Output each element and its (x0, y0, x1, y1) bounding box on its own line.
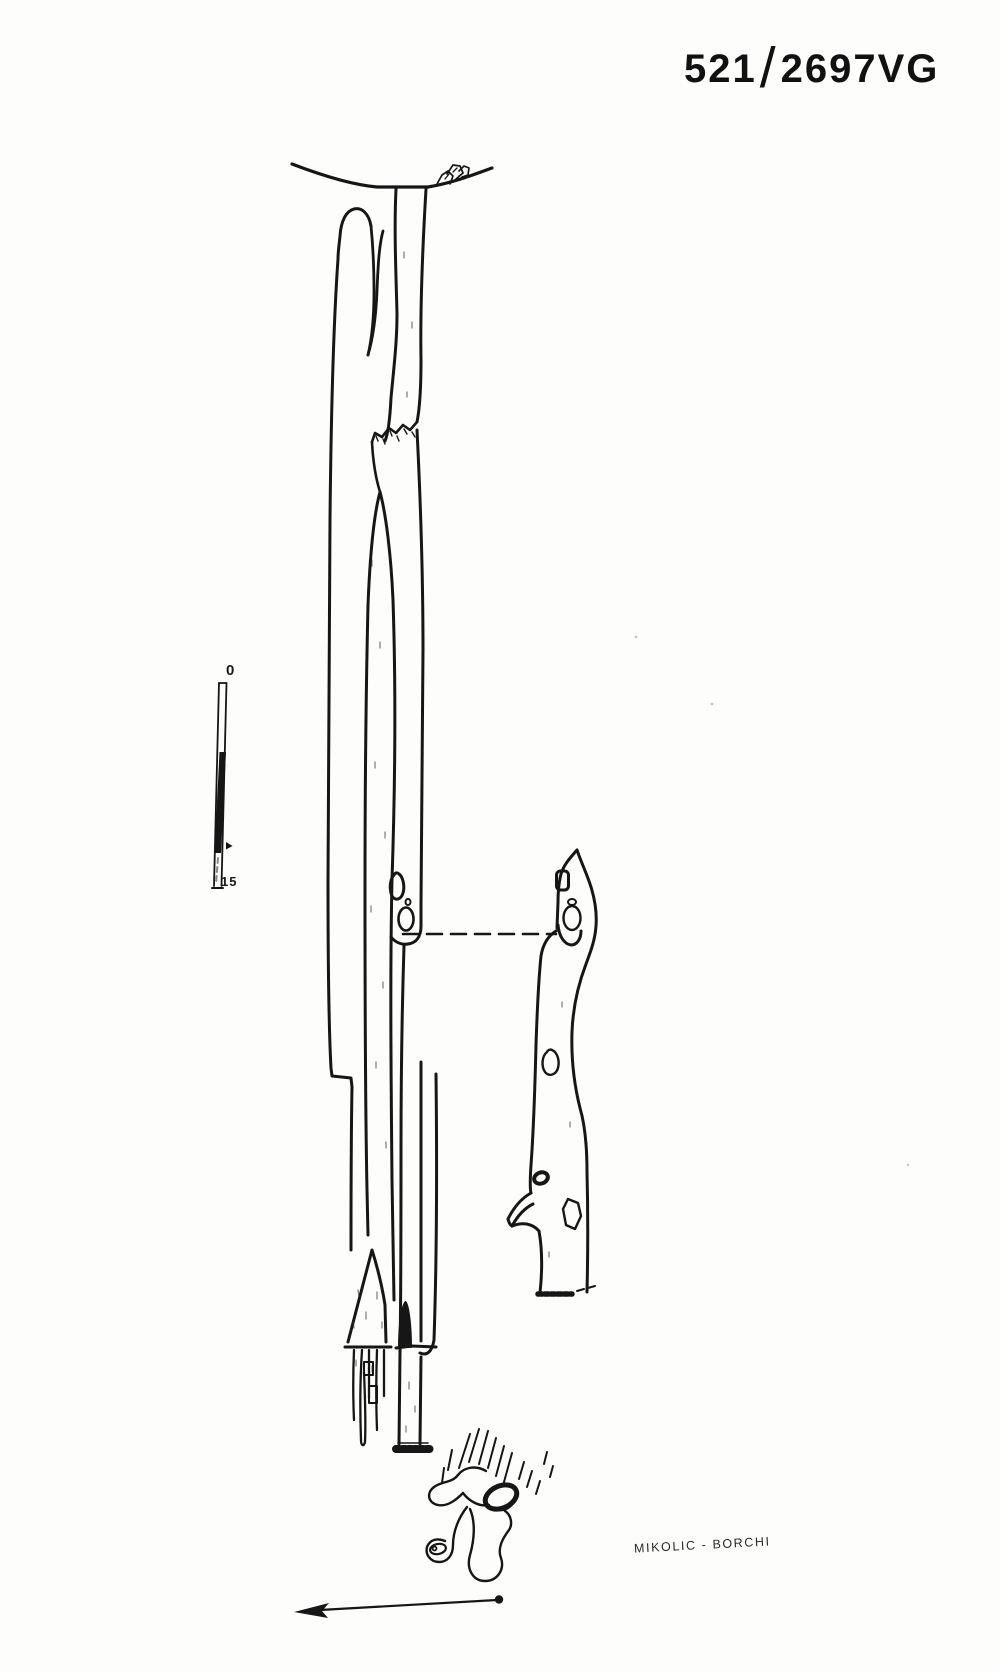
beak-protrusion (508, 1193, 542, 1293)
catalog-number: 521/2697VG (684, 30, 939, 96)
inner-pillar (365, 492, 395, 1300)
debris-streaks (353, 1350, 384, 1445)
breakdown-blobs (390, 873, 413, 931)
survey-sheet: 521/2697VG 0 15 MIKOLIC - BORCHI (0, 0, 1000, 1672)
bottom-column (396, 1352, 430, 1449)
catalog-number-left: 521 (684, 47, 757, 91)
scale-bar-bottom-label: 15 (221, 874, 237, 889)
direction-arrow (294, 1595, 503, 1618)
rubble-ledge (372, 422, 417, 492)
scale-bar (212, 683, 233, 888)
catalog-number-slash: / (760, 36, 778, 100)
catalog-number-right: 2697VG (781, 47, 940, 91)
cave-survey-drawing (0, 0, 1000, 1672)
scale-bar-top-label: 0 (226, 662, 234, 679)
rock-spike (368, 226, 383, 355)
chamber-right-wall (391, 430, 437, 1354)
interior-hatching (353, 252, 570, 1432)
entrance-shaft-walls (385, 189, 426, 441)
scan-speckles (635, 636, 910, 1167)
sketch-doodle (427, 1429, 553, 1581)
